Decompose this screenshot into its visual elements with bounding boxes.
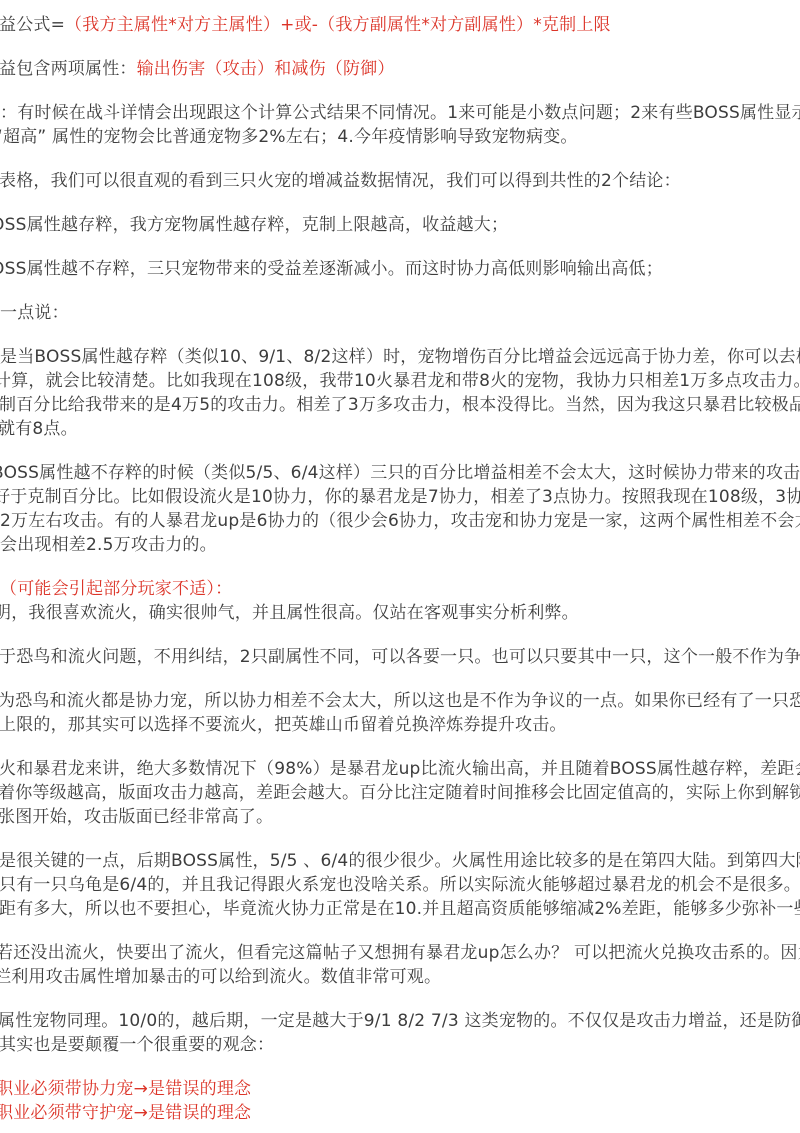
paragraph: OSS属性越不存粹，三只宠物带来的受益差逐渐减小。而这时协力高低则影响输出高低； bbox=[2, 257, 800, 281]
text-line: 表格，我们可以很直观的看到三只火宠的增减益数据情况，我们可以得到共性的2个结论： bbox=[0, 169, 800, 193]
text-segment: 于恐鸟和流火问题，不用纠结，2只副属性不同，可以各要一只。也可以只要其中一只，这… bbox=[0, 647, 800, 667]
text-segment: 表格，我们可以很直观的看到三只火宠的增减益数据情况，我们可以得到共性的2个结论： bbox=[0, 171, 681, 191]
text-segment: 制百分比给我带来的是4万5的攻击力。相差了3万多攻击力，根本没得比。当然，因为我… bbox=[0, 395, 800, 415]
text-segment: 着你等级越高，版面攻击力越高，差距会越大。百分比注定随着时间推移会比固定值高的，… bbox=[0, 783, 800, 803]
text-segment: 一点说： bbox=[0, 303, 69, 323]
text-segment: 张图开始，攻击版面已经非常高了。 bbox=[0, 807, 273, 827]
text-segment: 就有8点。 bbox=[0, 419, 78, 439]
text-line: “超高” 属性的宠物会比普通宠物多2%左右；4.今年疫情影响导致宠物病变。 bbox=[0, 125, 800, 149]
text-segment: 属性宠物同理。10/0的，越后期，一定是越大于9/1 8/2 7/3 这类宠物的… bbox=[0, 1011, 800, 1031]
paragraph: 职业必须带协力宠→是错误的理念职业必须带守护宠→是错误的理念 bbox=[2, 1077, 800, 1125]
paragraph: 表格，我们可以很直观的看到三只火宠的增减益数据情况，我们可以得到共性的2个结论： bbox=[2, 169, 800, 193]
text-line: 2万左右攻击。有的人暴君龙up是6协力的（很少会6协力，攻击宠和协力宠是一家，这… bbox=[0, 509, 800, 533]
text-segment: “超高” 属性的宠物会比普通宠物多2%左右；4.今年疫情影响导致宠物病变。 bbox=[0, 127, 578, 147]
text-segment: 上限的，那其实可以选择不要流火，把英雄山币留着兑换淬炼券提升攻击。 bbox=[0, 715, 567, 735]
paragraph: 火和暴君龙来讲，绝大多数情况下（98%）是暴君龙up比流火输出高，并且随着BOS… bbox=[2, 757, 800, 829]
text-line: BOSS属性越不存粹的时候（类似5/5、6/4这样）三只的百分比增益相差不会太大… bbox=[0, 461, 800, 485]
text-line: 是当BOSS属性越存粹（类似10、9/1、8/2这样）时，宠物增伤百分比增益会远… bbox=[0, 345, 800, 369]
text-segment: 其实也是要颠覆一个很重要的观念： bbox=[0, 1035, 274, 1055]
text-segment: 明，我很喜欢流火，确实很帅气，并且属性很高。仅站在客观事实分析利弊。 bbox=[0, 603, 579, 623]
paragraph: 为恐鸟和流火都是协力宠，所以协力相差不会太大，所以这也是不作为争议的一点。如果你… bbox=[2, 689, 800, 737]
text-line: 职业必须带协力宠→是错误的理念 bbox=[0, 1077, 800, 1101]
text-segment: OSS属性越不存粹，三只宠物带来的受益差逐渐减小。而这时协力高低则影响输出高低； bbox=[0, 259, 663, 279]
text-segment: 若还没出流火，快要出了流火，但看完这篇帖子又想拥有暴君龙up怎么办？ 可以把流火… bbox=[0, 943, 800, 963]
text-segment: 输出伤害（攻击）和减伤（防御） bbox=[137, 59, 395, 79]
text-segment: ：有时候在战斗详情会出现跟这个计算公式结果不同情况。1来可能是小数点问题；2来有… bbox=[0, 103, 800, 123]
text-line: 职业必须带守护宠→是错误的理念 bbox=[0, 1101, 800, 1125]
text-line: 就有8点。 bbox=[0, 417, 800, 441]
text-segment: 2万左右攻击。有的人暴君龙up是6协力的（很少会6协力，攻击宠和协力宠是一家，这… bbox=[0, 511, 800, 531]
text-segment: 会出现相差2.5万攻击力的。 bbox=[0, 535, 217, 555]
paragraph: OSS属性越存粹，我方宠物属性越存粹，克制上限越高，收益越大； bbox=[2, 213, 800, 237]
text-line: 明，我很喜欢流火，确实很帅气，并且属性很高。仅站在客观事实分析利弊。 bbox=[0, 601, 800, 625]
text-segment: 益公式= bbox=[0, 15, 65, 35]
paragraph: 是当BOSS属性越存粹（类似10、9/1、8/2这样）时，宠物增伤百分比增益会远… bbox=[2, 345, 800, 441]
text-line: 计算，就会比较清楚。比如我现在108级，我带10火暴君龙和带8火的宠物，我协力只… bbox=[0, 369, 800, 393]
text-segment: 好于克制百分比。比如假设流火是10协力，你的暴君龙是7协力，相差了3点协力。按照… bbox=[0, 487, 800, 507]
text-segment: 益包含两项属性： bbox=[0, 59, 137, 79]
paragraph: 一点说： bbox=[2, 301, 800, 325]
paragraph: BOSS属性越不存粹的时候（类似5/5、6/4这样）三只的百分比增益相差不会太大… bbox=[2, 461, 800, 557]
text-segment: 是当BOSS属性越存粹（类似10、9/1、8/2这样）时，宠物增伤百分比增益会远… bbox=[0, 347, 800, 367]
paragraph: 益公式=（我方主属性*对方主属性）+或-（我方副属性*对方副属性）*克制上限 bbox=[2, 13, 800, 37]
text-segment: 计算，就会比较清楚。比如我现在108级，我带10火暴君龙和带8火的宠物，我协力只… bbox=[0, 371, 800, 391]
text-segment: OSS属性越存粹，我方宠物属性越存粹，克制上限越高，收益越大； bbox=[0, 215, 508, 235]
article-body: 益公式=（我方主属性*对方主属性）+或-（我方副属性*对方副属性）*克制上限益包… bbox=[0, 0, 800, 1125]
text-line: 上限的，那其实可以选择不要流火，把英雄山币留着兑换淬炼券提升攻击。 bbox=[0, 713, 800, 737]
text-line: 于恐鸟和流火问题，不用纠结，2只副属性不同，可以各要一只。也可以只要其中一只，这… bbox=[0, 645, 800, 669]
text-line: 距有多大，所以也不要担心，毕竟流火协力正常是在10.并且超高资质能够缩减2%差距… bbox=[0, 897, 800, 921]
text-segment: 为恐鸟和流火都是协力宠，所以协力相差不会太大，所以这也是不作为争议的一点。如果你… bbox=[0, 691, 800, 711]
text-line: 火和暴君龙来讲，绝大多数情况下（98%）是暴君龙up比流火输出高，并且随着BOS… bbox=[0, 757, 800, 781]
text-segment: 职业必须带协力宠→是错误的理念 bbox=[0, 1079, 251, 1099]
paragraph: 益包含两项属性：输出伤害（攻击）和减伤（防御） bbox=[2, 57, 800, 81]
text-line: 是很关键的一点，后期BOSS属性，5/5 、6/4的很少很少。火属性用途比较多的… bbox=[0, 849, 800, 873]
text-line: 张图开始，攻击版面已经非常高了。 bbox=[0, 805, 800, 829]
text-line: 益公式=（我方主属性*对方主属性）+或-（我方副属性*对方副属性）*克制上限 bbox=[0, 13, 800, 37]
text-segment: （我方主属性*对方主属性）+或-（我方副属性*对方副属性）*克制上限 bbox=[65, 15, 611, 35]
text-line: 其实也是要颠覆一个很重要的观念： bbox=[0, 1033, 800, 1057]
text-segment: 是很关键的一点，后期BOSS属性，5/5 、6/4的很少很少。火属性用途比较多的… bbox=[0, 851, 800, 871]
text-line: 栏利用攻击属性增加暴击的可以给到流火。数值非常可观。 bbox=[0, 965, 800, 989]
text-segment: （可能会引起部分玩家不适）： bbox=[0, 579, 232, 599]
paragraph: 于恐鸟和流火问题，不用纠结，2只副属性不同，可以各要一只。也可以只要其中一只，这… bbox=[2, 645, 800, 669]
paragraph: 属性宠物同理。10/0的，越后期，一定是越大于9/1 8/2 7/3 这类宠物的… bbox=[2, 1009, 800, 1057]
paragraph: ：有时候在战斗详情会出现跟这个计算公式结果不同情况。1来可能是小数点问题；2来有… bbox=[2, 101, 800, 149]
text-line: 属性宠物同理。10/0的，越后期，一定是越大于9/1 8/2 7/3 这类宠物的… bbox=[0, 1009, 800, 1033]
text-line: 会出现相差2.5万攻击力的。 bbox=[0, 533, 800, 557]
text-line: （可能会引起部分玩家不适）： bbox=[0, 577, 800, 601]
text-line: OSS属性越不存粹，三只宠物带来的受益差逐渐减小。而这时协力高低则影响输出高低； bbox=[0, 257, 800, 281]
text-line: 制百分比给我带来的是4万5的攻击力。相差了3万多攻击力，根本没得比。当然，因为我… bbox=[0, 393, 800, 417]
paragraph: 若还没出流火，快要出了流火，但看完这篇帖子又想拥有暴君龙up怎么办？ 可以把流火… bbox=[2, 941, 800, 989]
text-segment: 距有多大，所以也不要担心，毕竟流火协力正常是在10.并且超高资质能够缩减2%差距… bbox=[0, 899, 800, 919]
text-line: 为恐鸟和流火都是协力宠，所以协力相差不会太大，所以这也是不作为争议的一点。如果你… bbox=[0, 689, 800, 713]
text-line: 着你等级越高，版面攻击力越高，差距会越大。百分比注定随着时间推移会比固定值高的，… bbox=[0, 781, 800, 805]
text-line: OSS属性越存粹，我方宠物属性越存粹，克制上限越高，收益越大； bbox=[0, 213, 800, 237]
text-line: 益包含两项属性：输出伤害（攻击）和减伤（防御） bbox=[0, 57, 800, 81]
text-line: 好于克制百分比。比如假设流火是10协力，你的暴君龙是7协力，相差了3点协力。按照… bbox=[0, 485, 800, 509]
text-line: 一点说： bbox=[0, 301, 800, 325]
text-line: 若还没出流火，快要出了流火，但看完这篇帖子又想拥有暴君龙up怎么办？ 可以把流火… bbox=[0, 941, 800, 965]
paragraph: （可能会引起部分玩家不适）：明，我很喜欢流火，确实很帅气，并且属性很高。仅站在客… bbox=[2, 577, 800, 625]
text-line: 只有一只乌龟是6/4的，并且我记得跟火系宠也没啥关系。所以实际流火能够超过暴君龙… bbox=[0, 873, 800, 897]
text-segment: 栏利用攻击属性增加暴击的可以给到流火。数值非常可观。 bbox=[0, 967, 441, 987]
paragraph: 是很关键的一点，后期BOSS属性，5/5 、6/4的很少很少。火属性用途比较多的… bbox=[2, 849, 800, 921]
text-line: ：有时候在战斗详情会出现跟这个计算公式结果不同情况。1来可能是小数点问题；2来有… bbox=[0, 101, 800, 125]
text-segment: BOSS属性越不存粹的时候（类似5/5、6/4这样）三只的百分比增益相差不会太大… bbox=[0, 463, 800, 483]
text-segment: 火和暴君龙来讲，绝大多数情况下（98%）是暴君龙up比流火输出高，并且随着BOS… bbox=[0, 759, 800, 779]
text-segment: 只有一只乌龟是6/4的，并且我记得跟火系宠也没啥关系。所以实际流火能够超过暴君龙… bbox=[0, 875, 800, 895]
text-segment: 职业必须带守护宠→是错误的理念 bbox=[0, 1103, 251, 1123]
